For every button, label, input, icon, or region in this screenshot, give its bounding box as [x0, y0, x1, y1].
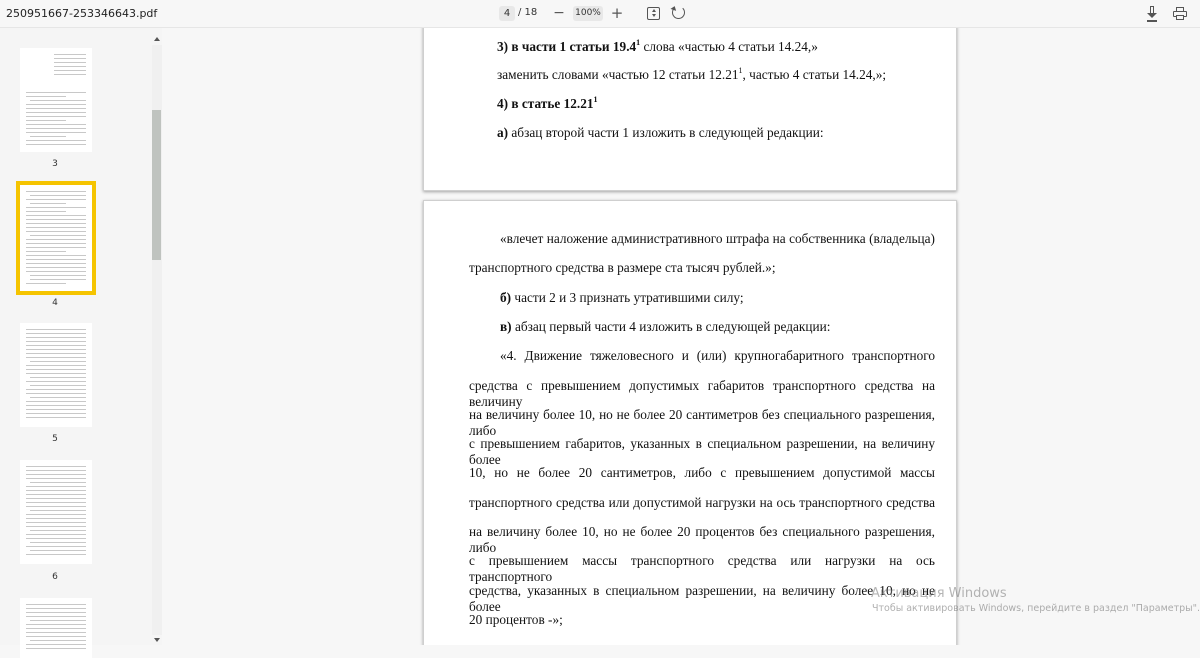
document-text-line: средства с превышением допустимых габари… — [469, 378, 935, 410]
page-thumbnail[interactable] — [20, 460, 92, 564]
windows-activation-title: Активация Windows — [871, 586, 1007, 601]
thumbnail-page-number: 5 — [45, 434, 65, 444]
toolbar: 250951667-253346643.pdf 4 / 18 − 100% + — [0, 0, 1200, 28]
rotate-icon[interactable] — [672, 6, 685, 19]
page-thumbnail[interactable] — [20, 598, 92, 645]
document-text-line: б) части 2 и 3 признать утратившими силу… — [500, 290, 744, 306]
page-thumbnail[interactable] — [20, 323, 92, 427]
document-text-line: с превышением массы транспортного средст… — [469, 553, 935, 585]
document-text-line: 20 процентов -»; — [469, 612, 563, 628]
print-icon[interactable] — [1173, 7, 1187, 20]
document-text-line: средства, указанных в специальном разреш… — [469, 583, 935, 615]
document-text-line: на величину более 10, но не более 20 про… — [469, 524, 935, 556]
thumbnail-page-number: 6 — [45, 572, 65, 582]
document-text-line: «влечет наложение административного штра… — [500, 231, 935, 247]
zoom-in-button[interactable]: + — [610, 3, 624, 23]
download-icon[interactable] — [1146, 6, 1158, 22]
page-thumbnail[interactable] — [20, 48, 92, 152]
document-text-line: на величину более 10, но не более 20 сан… — [469, 407, 935, 439]
document-title: 250951667-253346643.pdf — [6, 7, 157, 20]
thumbnail-page-number: 4 — [45, 298, 65, 308]
sidebar-scrollbar-thumb[interactable] — [152, 110, 161, 260]
thumbnail-page-number: 3 — [45, 159, 65, 169]
page-thumbnail[interactable] — [20, 185, 92, 291]
document-text-line: «4. Движение тяжеловесного и (или) крупн… — [500, 348, 935, 364]
paragraph: 3) в части 1 статьи 19.41 слова «частью … — [497, 39, 818, 55]
document-text-line: 10, но не более 20 сантиметров, либо с п… — [469, 465, 935, 481]
paragraph: 4) в статье 12.211 — [497, 96, 598, 112]
paragraph: а) абзац второй части 1 изложить в следу… — [497, 125, 824, 141]
plus-icon: + — [611, 4, 624, 22]
minus-icon: − — [553, 5, 565, 21]
paragraph: заменить словами «частью 12 статьи 12.21… — [497, 67, 886, 83]
scroll-down-arrow-icon[interactable] — [152, 637, 161, 645]
document-text-line: в) абзац первый части 4 изложить в следу… — [500, 319, 830, 335]
scroll-up-arrow-icon[interactable] — [152, 35, 161, 43]
thumbnail-sidebar: 3456 — [0, 28, 162, 645]
page-number-input[interactable]: 4 — [499, 6, 515, 21]
document-text-line: транспортного средства в размере ста тыс… — [469, 260, 776, 276]
fit-page-icon[interactable] — [647, 7, 660, 20]
pdf-page-3-bottom: 3) в части 1 статьи 19.41 слова «частью … — [423, 28, 957, 191]
page-total: / 18 — [518, 7, 537, 18]
pdf-page-4: «влечет наложение административного штра… — [423, 200, 957, 645]
document-text-line: транспортного средства или допустимой на… — [469, 495, 935, 511]
document-viewer[interactable]: 3) в части 1 статьи 19.41 слова «частью … — [162, 28, 1200, 645]
document-text-line: с превышением габаритов, указанных в спе… — [469, 436, 935, 468]
windows-activation-subtitle: Чтобы активировать Windows, перейдите в … — [872, 603, 1200, 614]
zoom-level-input[interactable]: 100% — [573, 6, 603, 21]
zoom-out-button[interactable]: − — [552, 3, 566, 23]
